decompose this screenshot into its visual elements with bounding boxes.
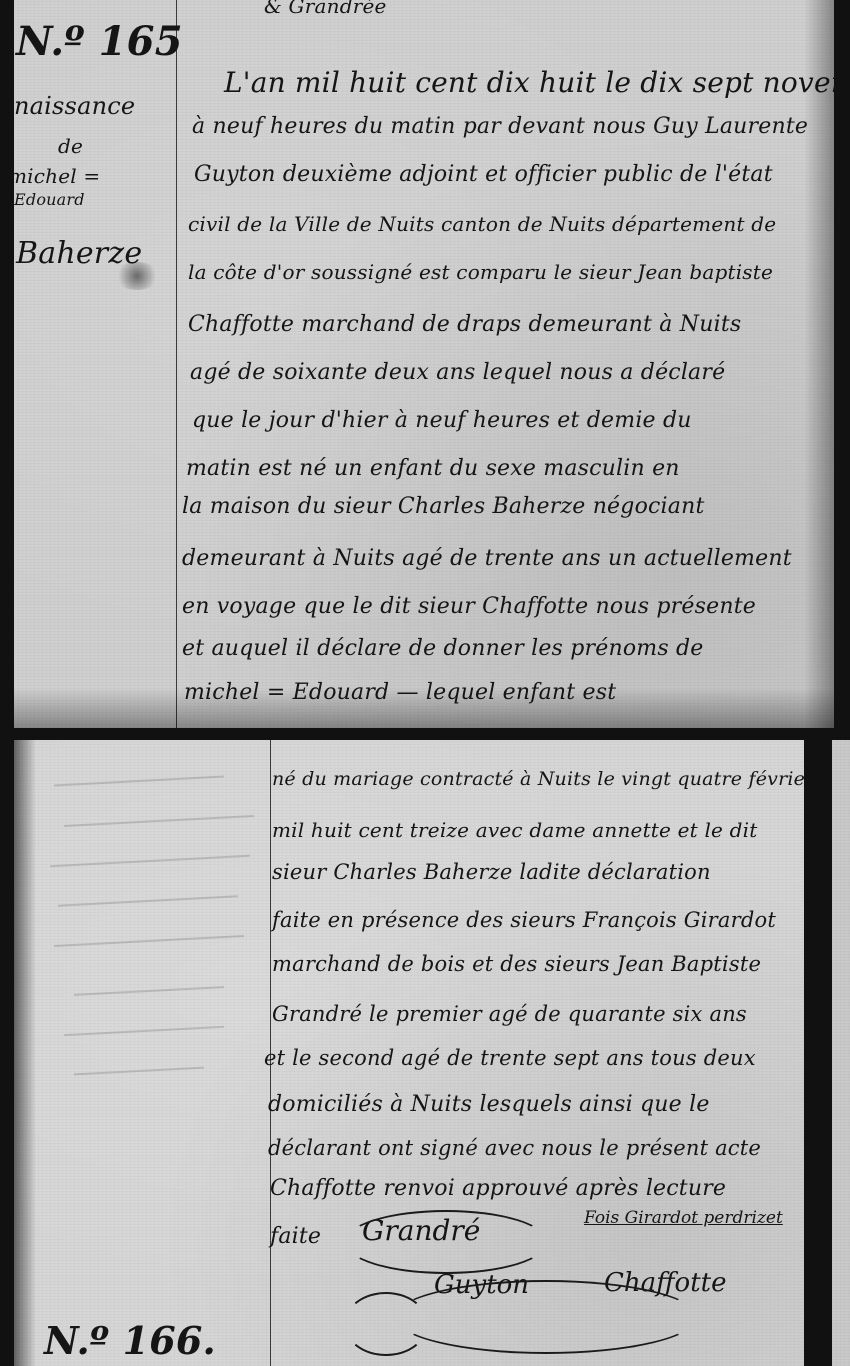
register-line: et le second agé de trente sept ans tous… [264,1046,756,1070]
register-line: Guyton deuxième adjoint et officier publ… [194,162,773,187]
bleed-through [54,935,244,947]
binding-shadow [14,740,36,1366]
next-entry-number: N.º 166. [44,1318,216,1363]
margin-title-line: de [58,134,83,158]
register-line: sieur Charles Baherze ladite déclaration [272,860,711,884]
margin-rule [176,0,177,728]
bleed-through [58,895,238,906]
register-line: et auquel il déclare de donner les préno… [182,636,704,661]
register-line: né du mariage contracté à Nuits le vingt… [272,768,804,790]
register-line: Chaffotte renvoi approuvé après lecture [270,1176,726,1201]
signature-flourish [344,1292,428,1356]
bleed-through [74,1067,204,1076]
register-line: que le jour d'hier à neuf heures et demi… [192,408,692,433]
bleed-through [74,986,224,996]
margin-title-line: michel = [14,164,100,188]
register-line: à neuf heures du matin par devant nous G… [192,114,808,139]
register-line: demeurant à Nuits agé de trente ans un a… [182,546,792,571]
register-line: mil huit cent treize avec dame annette e… [272,818,758,842]
register-line: la maison du sieur Charles Baherze négoc… [182,494,705,519]
register-line: déclarant ont signé avec nous le présent… [268,1136,761,1160]
adjacent-page-edge [832,740,850,1366]
page-shadow [804,0,834,728]
register-line: faite en présence des sieurs François Gi… [272,908,776,932]
register-page-bottom: né du mariage contracté à Nuits le vingt… [14,740,804,1366]
ink-blot [114,262,160,290]
page-shadow [14,688,834,728]
register-line: L'an mil huit cent dix huit le dix sept … [224,66,834,99]
register-line: agé de soixante deux ans lequel nous a d… [190,360,725,385]
entry-number: N.º 165 [16,18,183,65]
bleed-through [64,1026,224,1036]
register-line: Chaffotte marchand de draps demeurant à … [188,312,741,337]
bleed-through [50,855,250,867]
margin-title-line: naissance [14,92,135,120]
signature-flourish [344,1210,548,1274]
register-page-top: & Grandrée N.º 165 naissance de michel =… [14,0,834,728]
bleed-through [54,776,224,787]
register-line: marchand de bois et des sieurs Jean Bapt… [272,952,761,976]
header-fragment: & Grandrée [264,0,387,18]
signature-flourish [394,1280,698,1354]
register-line: faite [270,1224,321,1249]
register-line: la côte d'or soussigné est comparu le si… [188,260,773,284]
register-line: matin est né un enfant du sexe masculin … [186,456,680,481]
signature-girardot: Fois Girardot perdrizet [584,1208,783,1228]
bleed-through [64,815,254,827]
register-line: Grandré le premier agé de quarante six a… [272,1002,747,1026]
register-line: en voyage que le dit sieur Chaffotte nou… [182,594,756,619]
register-line: domiciliés à Nuits lesquels ainsi que le [268,1092,710,1117]
register-line: civil de la Ville de Nuits canton de Nui… [188,212,776,236]
margin-title-line: Edouard [14,190,85,209]
